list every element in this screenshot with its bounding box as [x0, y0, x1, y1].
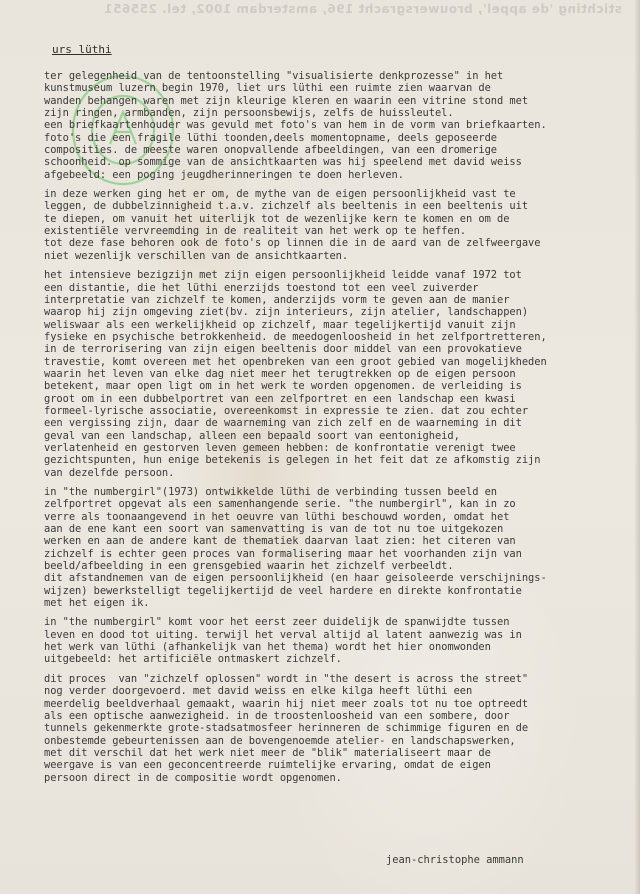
text-line: schoonheid. op sommige van de ansichtkaa… [44, 156, 624, 168]
text-line: afgebeeld: een poging jeugdherinneringen… [44, 169, 624, 181]
text-line: nog verder doorgevoerd. met david weiss … [44, 685, 624, 697]
text-line: zijn ringen, armbanden, zijn persoonsbew… [44, 107, 624, 119]
text-line: ter gelegenheid van de tentoonstelling "… [44, 70, 624, 82]
text-line: tunnels gekenmerkte grote-stadsatmosfeer… [44, 722, 624, 734]
text-line: weliswaar als een werkelijkheid op zichz… [44, 319, 624, 331]
text-line: te diepen, om vanuit het uiterlijk tot d… [44, 213, 624, 225]
text-line: interpretatie van zichzelf te komen, and… [44, 294, 624, 306]
text-line: werken en aan de andere kant de thematie… [44, 535, 624, 547]
text-line: kunstmuseum luzern begin 1970, liet urs … [44, 82, 624, 94]
text-line: existentiële vervreemding in de realitei… [44, 225, 624, 237]
text-line: van dezelfde persoon. [44, 467, 624, 479]
text-line: in "the numbergirl"(1973) ontwikkelde lü… [44, 486, 624, 498]
text-line: in deze werken ging het er om, de mythe … [44, 188, 624, 200]
text-line: in de terrorisering van zijn eigen beelt… [44, 343, 624, 355]
text-line: tot deze fase behoren ook de foto's op l… [44, 237, 624, 249]
text-line: dit proces van "zichzelf oplossen" wordt… [44, 673, 624, 685]
page-edge [634, 0, 640, 894]
text-line: in "the numbergirl" komt voor het eerst … [44, 616, 624, 628]
text-line: zelfportret opgevat als een samenhangend… [44, 498, 624, 510]
text-line: niet wezenlijk verschillen van de ansich… [44, 250, 624, 262]
text-line: composities. de meeste waren onopvallend… [44, 144, 624, 156]
text-line: uitgebeeld: het artificiële ontmaskert z… [44, 653, 624, 665]
author-signature: jean-christophe ammann [386, 854, 524, 866]
text-line: leven en dood tot uiting. terwijl het ve… [44, 629, 624, 641]
text-line: leggen, de dubbelzinnigheid t.a.v. zichz… [44, 200, 624, 212]
text-line: als een optische aanwezigheid. in de tro… [44, 710, 624, 722]
text-line: onbestemde gebeurtenissen aan de bovenge… [44, 735, 624, 747]
text-line: waarop hij zijn omgeving ziet(bv. zijn i… [44, 306, 624, 318]
text-line: verlatenheid en gestorven leven gemeen h… [44, 442, 624, 454]
text-line: meerdelig beeldverhaal gemaakt, waarin h… [44, 698, 624, 710]
text-line: weergave is van een geconcentreerde ruim… [44, 759, 624, 771]
text-line: het intensieve bezigzijn met zijn eigen … [44, 269, 624, 281]
text-line: het werk van lüthi (afhankelijk van het … [44, 641, 624, 653]
text-line: wanden behangen waren met zijn kleurige … [44, 95, 624, 107]
text-line: verre als toonaangevend in het oeuvre va… [44, 511, 624, 523]
document-heading: urs lüthi [52, 43, 112, 56]
text-line: travestie, komt overeen met het openbrek… [44, 356, 624, 368]
text-line: zichzelf is echter geen proces van forma… [44, 548, 624, 560]
text-line: foto's die een fragile lüthi toonden,dee… [44, 132, 624, 144]
paragraph: in "the numbergirl"(1973) ontwikkelde lü… [44, 486, 624, 609]
text-line: met het eigen ik. [44, 597, 624, 609]
document-body: ter gelegenheid van de tentoonstelling "… [44, 70, 624, 791]
text-line: fysieke en psychische betrokkenheid. de … [44, 331, 624, 343]
text-line: een briefkaartenhouder was gevuld met fo… [44, 119, 624, 131]
text-line: geval van een landschap, alleen een bepa… [44, 430, 624, 442]
text-line: beeld/afbeelding in een grensgebied waar… [44, 560, 624, 572]
paragraph: dit proces van "zichzelf oplossen" wordt… [44, 673, 624, 784]
paragraph: het intensieve bezigzijn met zijn eigen … [44, 269, 624, 479]
paragraph: ter gelegenheid van de tentoonstelling "… [44, 70, 624, 181]
paragraph: in deze werken ging het er om, de mythe … [44, 188, 624, 262]
text-line: een vergissing zijn, daar de waarneming … [44, 417, 624, 429]
text-line: waarin het leven van elke dag niet meer … [44, 368, 624, 380]
text-line: aan de ene kant een soort van samenvatti… [44, 523, 624, 535]
text-line: formeel-lyrische associatie, overeenkoms… [44, 405, 624, 417]
bleed-through-letterhead: stichting 'de appel', brouwersgracht 196… [22, 2, 622, 16]
text-line: gezichtspunten, hun enige betekenis is g… [44, 454, 624, 466]
text-line: een distantie, die het lüthi enerzijds t… [44, 282, 624, 294]
text-line: groot om in een dubbelportret van een ze… [44, 393, 624, 405]
text-line: persoon direct in de compositie wordt op… [44, 772, 624, 784]
text-line: dit afstandnemen van de eigen persoonlij… [44, 572, 624, 584]
text-line: wijzen) bewerkstelligt tegelijkertijd de… [44, 585, 624, 597]
paragraph: in "the numbergirl" komt voor het eerst … [44, 616, 624, 665]
text-line: betekent, maar open ligt om in het werk … [44, 380, 624, 392]
text-line: met dit verschil dat het werk niet meer … [44, 747, 624, 759]
